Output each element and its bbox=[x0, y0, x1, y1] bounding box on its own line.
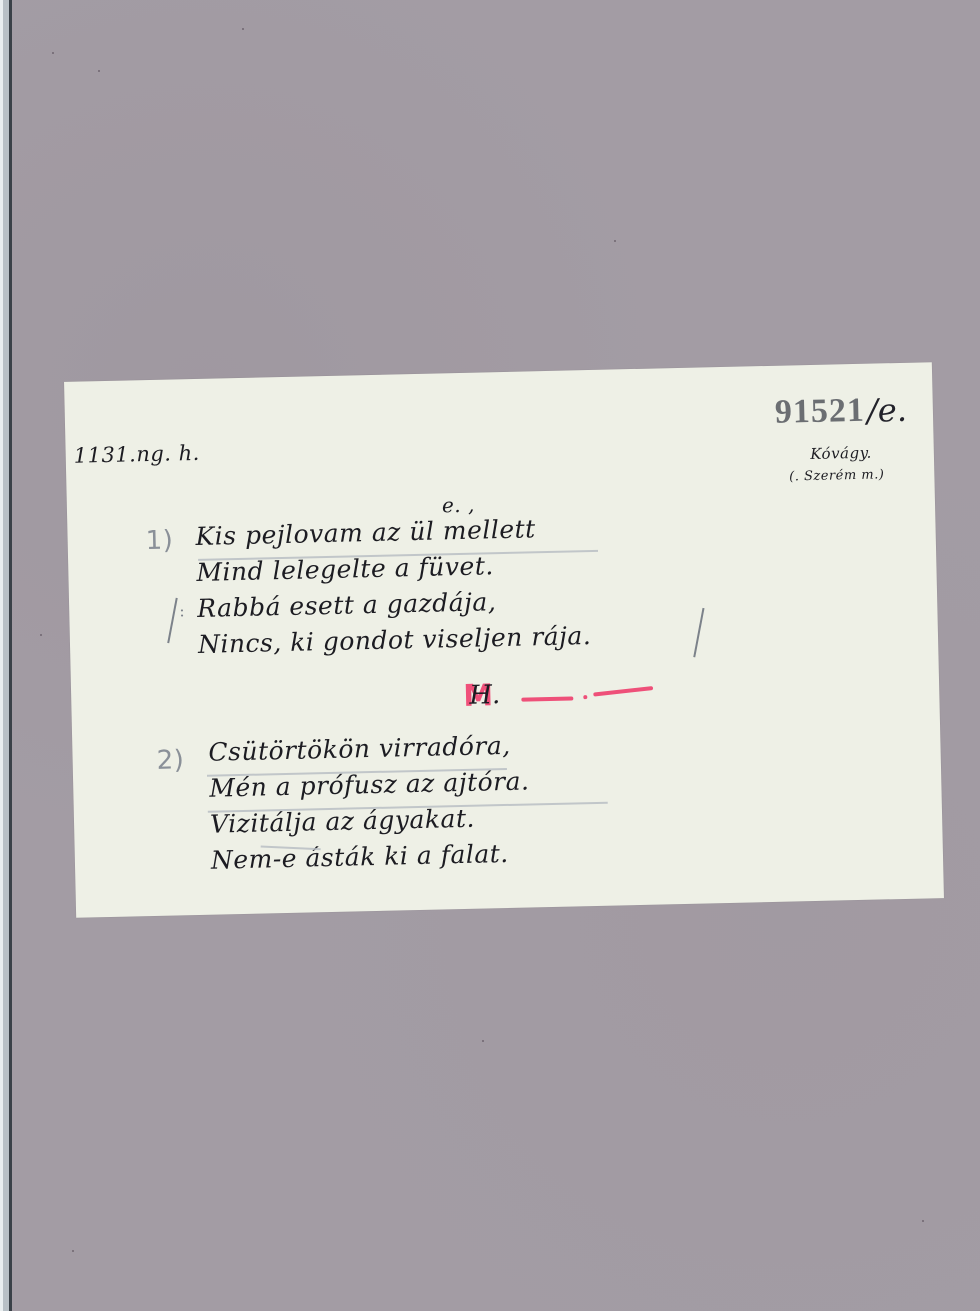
catalog-reference: 1131.ng. h. bbox=[73, 441, 200, 468]
collection-county: (. Szerém m.) bbox=[789, 467, 885, 484]
archive-stamp-suffix: /e. bbox=[867, 391, 908, 430]
verse-number: 1) bbox=[145, 525, 173, 556]
manuscript-card: 1131.ng. h. 91521 /e. Kóvágy. (. Szerém … bbox=[64, 362, 944, 918]
repeat-open-dots: : bbox=[179, 601, 185, 620]
repeat-close-bar bbox=[693, 608, 704, 658]
board-speck bbox=[40, 634, 42, 636]
verse-line: Nincs, ki gondot viseljen rája. bbox=[198, 618, 592, 663]
red-dot bbox=[583, 695, 587, 699]
board-speck bbox=[98, 70, 100, 72]
board-speck bbox=[242, 28, 244, 30]
mark-label: H. bbox=[469, 680, 501, 711]
verse-line: Nem-e ásták ki a falat. bbox=[211, 835, 532, 878]
verse-2: Csütörtökön virradóra, Mén a prófusz az … bbox=[208, 727, 531, 878]
board-speck bbox=[922, 1220, 924, 1222]
verse-1: Kis pejlovam az ül mellett Mind lelegelt… bbox=[195, 510, 591, 663]
board-speck bbox=[482, 1040, 484, 1042]
repeat-open-bar bbox=[167, 598, 178, 644]
board-speck bbox=[614, 240, 616, 242]
collection-place: Kóvágy. bbox=[810, 444, 872, 463]
archive-stamp-number: 91521 bbox=[774, 392, 865, 432]
red-dash-line bbox=[521, 696, 573, 701]
board-speck bbox=[72, 1250, 74, 1252]
board-speck bbox=[52, 52, 54, 54]
verse-number: 2) bbox=[156, 745, 184, 776]
red-dash-line bbox=[593, 686, 653, 697]
